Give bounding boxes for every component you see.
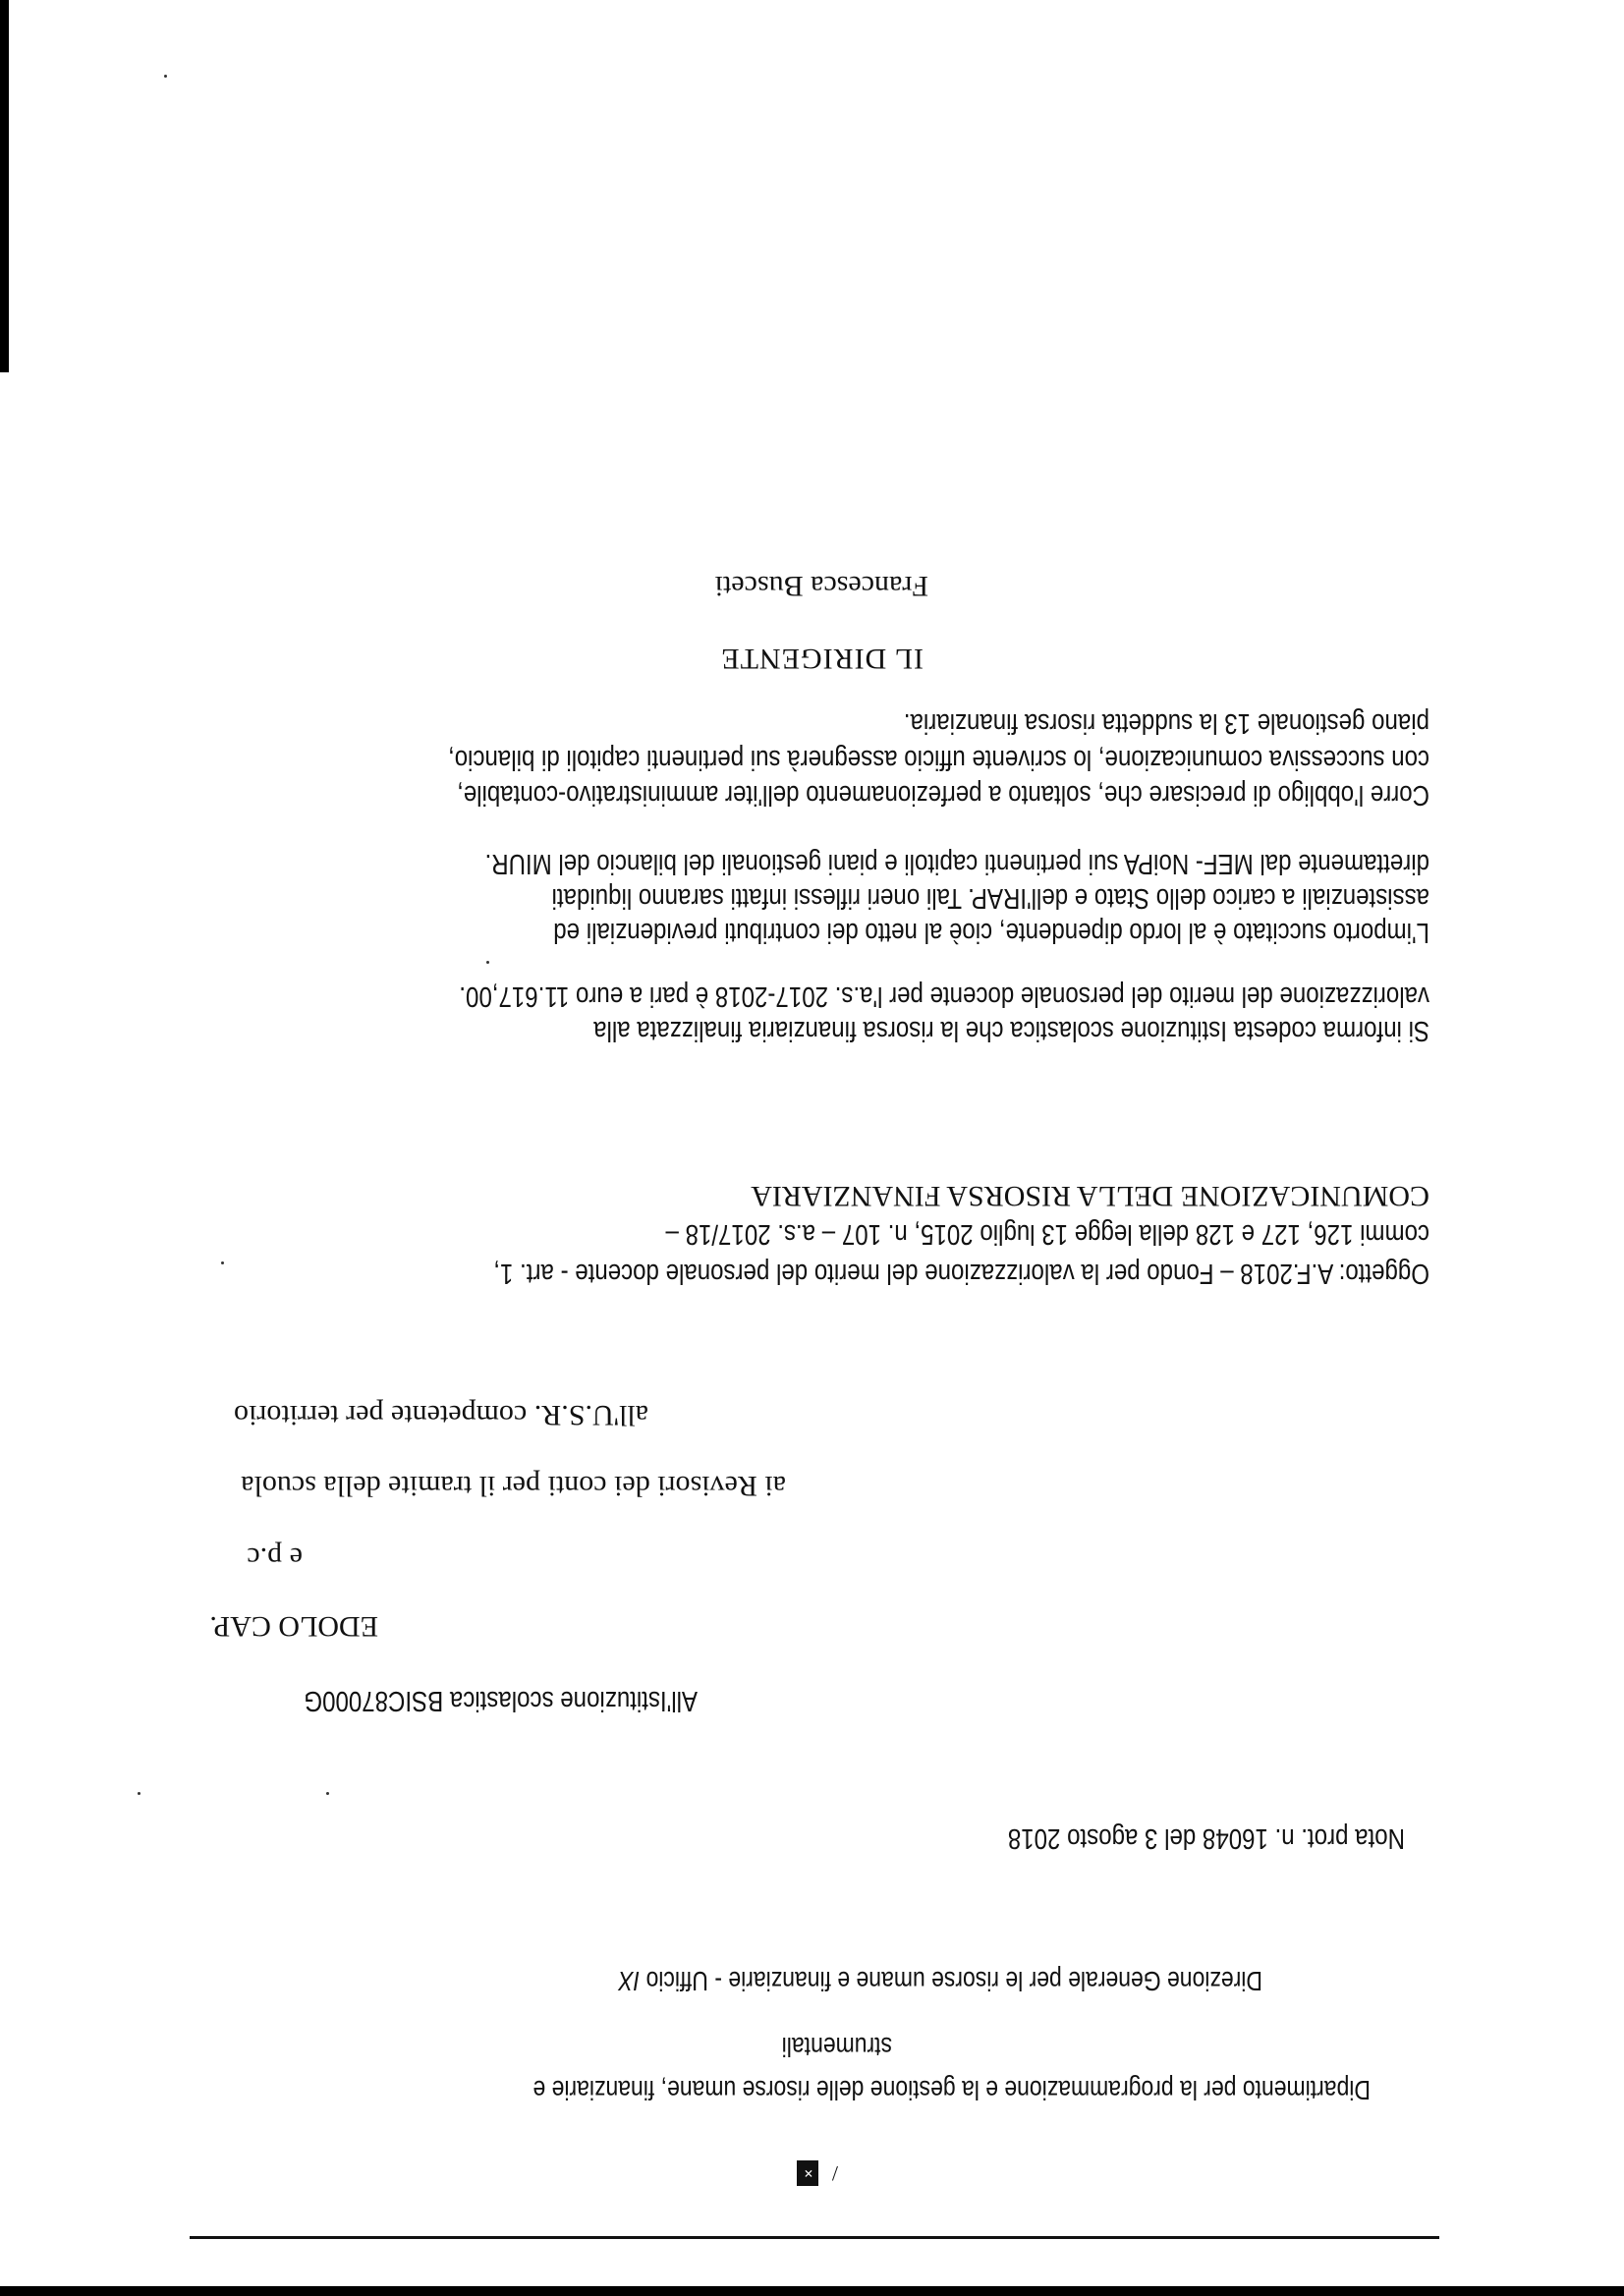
subject-line-3: COMUNICAZIONE DELLA RISORSA FINANZIARIA xyxy=(751,1179,1429,1212)
paragraph-2-line-1: L'importo succitato è al lordo dipendent… xyxy=(553,916,1429,948)
emblem-box-icon: ✕ xyxy=(797,2160,818,2186)
scan-speck xyxy=(221,1261,224,1264)
recipient-location: EDOLO CAP. xyxy=(209,1609,378,1643)
paragraph-1-line-2: valorizzazione del merito del personale … xyxy=(459,980,1429,1012)
office-number: IX xyxy=(618,1966,640,1996)
header-rule xyxy=(190,2236,1439,2239)
directorate-line: Direzione Generale per le risorse umane … xyxy=(618,1965,1262,1996)
signature-name: Francesca Busceti xyxy=(715,569,928,602)
paragraph-2-line-2: assistenziali a carico dello Stato e del… xyxy=(552,881,1429,914)
signature-title: IL DIRIGENTE xyxy=(720,642,924,675)
department-line-1: Dipartimento per la programmazione e la … xyxy=(532,2074,1371,2105)
subject-line-2: commi 126, 127 e 128 della legge 13 lugl… xyxy=(665,1217,1429,1250)
paragraph-1-line-1: Si informa codesta Istituzione scolastic… xyxy=(593,1014,1429,1046)
scan-speck xyxy=(164,75,167,78)
recipient-school: All'Istituzione scolastica BSIC87000G xyxy=(304,1684,698,1716)
paragraph-3-line-1: Corre l'obbligo di precisare che, soltan… xyxy=(457,778,1429,811)
protocol-number: Nota prot. n. 16048 del 3 agosto 2018 xyxy=(1008,1821,1405,1854)
scan-speck xyxy=(486,961,489,964)
cc-auditors: ai Revisori dei conti per il tramite del… xyxy=(241,1469,786,1502)
ministry-emblem-icon: / ✕ xyxy=(769,2160,838,2186)
department-line-2: strumentali xyxy=(782,2031,892,2062)
cc-usr: all'U.S.R. competente per territorio xyxy=(234,1398,648,1431)
scan-speck xyxy=(138,1792,140,1795)
paragraph-3-line-2: con successiva comunicazione, lo scriven… xyxy=(448,743,1429,775)
paragraph-3-line-3: piano gestionale 13 la suddetta risorsa … xyxy=(904,706,1429,739)
subject-line-1: Oggetto: A.F.2018 – Fondo per la valoriz… xyxy=(493,1257,1429,1289)
scan-border-left xyxy=(0,0,9,372)
scanned-letter-page: / ✕ Dipartimento per la programmazione e… xyxy=(0,0,1624,2296)
slash-mark-icon: / xyxy=(832,2162,838,2184)
cc-label: e p.c xyxy=(247,1540,303,1574)
scan-border-bottom xyxy=(0,2286,1624,2296)
scan-speck xyxy=(326,1792,329,1795)
paragraph-2-line-3: direttamente dal MEF- NoiPA sui pertinen… xyxy=(484,847,1429,879)
directorate-text: Direzione Generale per le risorse umane … xyxy=(640,1966,1262,1996)
